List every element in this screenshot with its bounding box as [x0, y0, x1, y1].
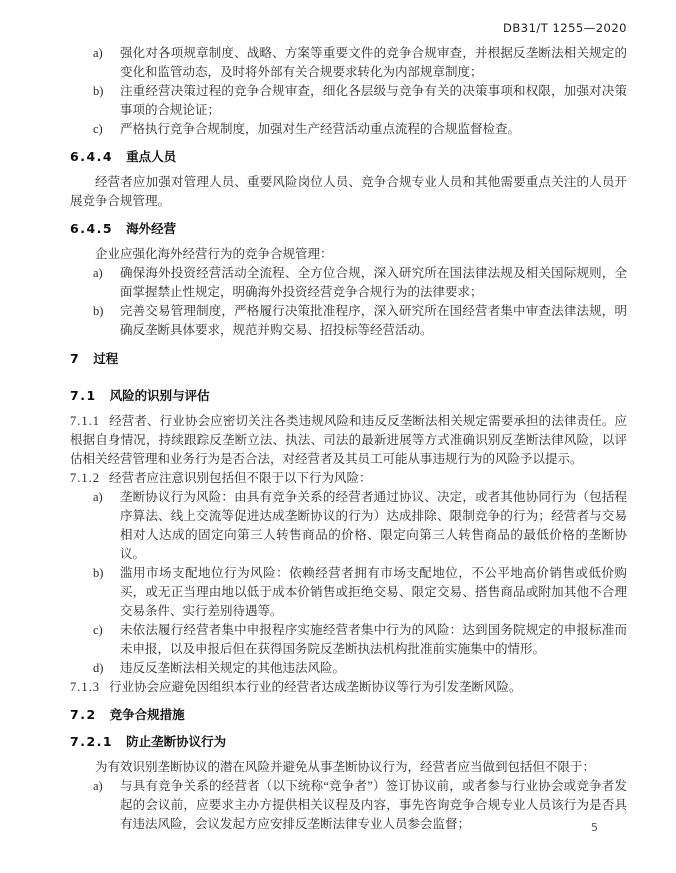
heading-title: 重点人员: [126, 149, 176, 164]
list-item-text: 完善交易管理制度，严格履行决策批准程序，深入研究所在国经营者集中审查法律法规，明…: [120, 302, 627, 340]
heading-7-2-1: 7.2.1防止垄断协议行为: [70, 732, 627, 751]
list-item: a) 确保海外投资经营活动全流程、全方位合规，深入研究所在国法律法规及相关国际规…: [70, 264, 627, 302]
heading-number: 7: [70, 351, 80, 366]
list-6-4-5: a) 确保海外投资经营活动全流程、全方位合规，深入研究所在国法律法规及相关国际规…: [70, 264, 627, 340]
list-item: b) 滥用市场支配地位行为风险：依赖经营者拥有市场支配地位，不公平地高价销售或低…: [70, 564, 627, 621]
paragraph-6-4-4: 经营者应加强对管理人员、重要风险岗位人员、竞争合规专业人员和其他需要重点关注的人…: [70, 173, 627, 211]
list-item-text: 确保海外投资经营活动全流程、全方位合规，深入研究所在国法律法规及相关国际规则，全…: [120, 264, 627, 302]
clause-text: 经营者、行业协会应密切关注各类违规风险和违反反垄断法相关规定需要承担的法律责任。…: [70, 414, 627, 466]
list-item: a) 与具有竞争关系的经营者（以下统称“竞争者”）签订协议前，或者参与行业协会或…: [70, 777, 627, 834]
heading-number: 7.2.1: [70, 734, 113, 749]
list-item-label: a): [93, 44, 120, 82]
page-number: 5: [591, 818, 598, 837]
list-6-4-3: a) 强化对各项规章制度、战略、方案等重要文件的竞争合规审查，并根据反垄断法相关…: [70, 44, 627, 139]
paragraph-6-4-5-intro: 企业应强化海外经营行为的竞争合规管理：: [70, 245, 627, 264]
list-item-label: d): [93, 659, 120, 678]
heading-7: 7过程: [70, 349, 627, 368]
heading-title: 海外经营: [126, 221, 176, 236]
clause-7-1-1: 7.1.1经营者、行业协会应密切关注各类违规风险和违反反垄断法相关规定需要承担的…: [70, 412, 627, 469]
list-item-text: 违反反垄断法相关规定的其他违法风险。: [120, 659, 627, 678]
list-item-label: c): [93, 120, 120, 139]
list-item: b) 注重经营决策过程的竞争合规审查，细化各层级与竞争有关的决策事项和权限，加强…: [70, 82, 627, 120]
list-item: c) 严格执行竞争合规制度，加强对生产经营活动重点流程的合规监督检查。: [70, 120, 627, 139]
list-item: a) 强化对各项规章制度、战略、方案等重要文件的竞争合规审查，并根据反垄断法相关…: [70, 44, 627, 82]
heading-title: 防止垄断协议行为: [126, 734, 226, 749]
heading-number: 6.4.5: [70, 221, 113, 236]
list-item-text: 强化对各项规章制度、战略、方案等重要文件的竞争合规审查，并根据反垄断法相关规定的…: [120, 44, 627, 82]
list-item: a) 垄断协议行为风险：由具有竞争关系的经营者通过协议、决定，或者其他协同行为（…: [70, 488, 627, 564]
clause-number: 7.1.3: [70, 680, 100, 694]
list-item-text: 与具有竞争关系的经营者（以下统称“竞争者”）签订协议前，或者参与行业协会或竞争者…: [120, 777, 627, 834]
list-item-text: 滥用市场支配地位行为风险：依赖经营者拥有市场支配地位，不公平地高价销售或低价购买…: [120, 564, 627, 621]
heading-number: 6.4.4: [70, 149, 113, 164]
list-item-text: 未依法履行经营者集中申报程序实施经营者集中行为的风险：达到国务院规定的申报标准而…: [120, 621, 627, 659]
page-header: DB31/T 1255—2020: [70, 19, 627, 38]
heading-7-2: 7.2竞争合规措施: [70, 705, 627, 724]
heading-number: 7.2: [70, 707, 97, 722]
list-7-2-1: a) 与具有竞争关系的经营者（以下统称“竞争者”）签订协议前，或者参与行业协会或…: [70, 777, 627, 834]
list-item: b) 完善交易管理制度，严格履行决策批准程序，深入研究所在国经营者集中审查法律法…: [70, 302, 627, 340]
list-item: c) 未依法履行经营者集中申报程序实施经营者集中行为的风险：达到国务院规定的申报…: [70, 621, 627, 659]
clause-number: 7.1.1: [70, 414, 100, 428]
heading-7-1: 7.1风险的识别与评估: [70, 386, 627, 405]
list-item-label: a): [93, 777, 120, 834]
list-item: d) 违反反垄断法相关规定的其他违法风险。: [70, 659, 627, 678]
list-item-label: b): [93, 564, 120, 621]
list-item-label: b): [93, 302, 120, 340]
paragraph-7-2-1-intro: 为有效识别垄断协议的潜在风险并避免从事垄断协议行为，经营者应当做到包括但不限于：: [70, 758, 627, 777]
heading-number: 7.1: [70, 388, 97, 403]
document-page: DB31/T 1255—2020 a) 强化对各项规章制度、战略、方案等重要文件…: [0, 0, 676, 873]
heading-6-4-5: 6.4.5海外经营: [70, 219, 627, 238]
heading-title: 过程: [93, 351, 118, 366]
clause-7-1-2: 7.1.2经营者应注意识别包括但不限于以下行为风险：: [70, 469, 627, 488]
list-item-label: c): [93, 621, 120, 659]
doc-code: DB31/T 1255—2020: [503, 21, 627, 35]
clause-text: 经营者应注意识别包括但不限于以下行为风险：: [109, 471, 372, 485]
list-item-text: 注重经营决策过程的竞争合规审查，细化各层级与竞争有关的决策事项和权限，加强对决策…: [120, 82, 627, 120]
list-item-text: 严格执行竞争合规制度，加强对生产经营活动重点流程的合规监督检查。: [120, 120, 627, 139]
page-body: a) 强化对各项规章制度、战略、方案等重要文件的竞争合规审查，并根据反垄断法相关…: [70, 44, 627, 834]
heading-title: 竞争合规措施: [110, 707, 185, 722]
list-item-label: a): [93, 264, 120, 302]
list-item-text: 垄断协议行为风险：由具有竞争关系的经营者通过协议、决定，或者其他协同行为（包括程…: [120, 488, 627, 564]
clause-text: 行业协会应避免因组织本行业的经营者达成垄断协议等行为引发垄断风险。: [109, 680, 522, 694]
clause-number: 7.1.2: [70, 471, 100, 485]
list-item-label: a): [93, 488, 120, 564]
heading-6-4-4: 6.4.4重点人员: [70, 147, 627, 166]
list-item-label: b): [93, 82, 120, 120]
list-7-1-2: a) 垄断协议行为风险：由具有竞争关系的经营者通过协议、决定，或者其他协同行为（…: [70, 488, 627, 678]
heading-title: 风险的识别与评估: [110, 388, 210, 403]
clause-7-1-3: 7.1.3行业协会应避免因组织本行业的经营者达成垄断协议等行为引发垄断风险。: [70, 678, 627, 697]
